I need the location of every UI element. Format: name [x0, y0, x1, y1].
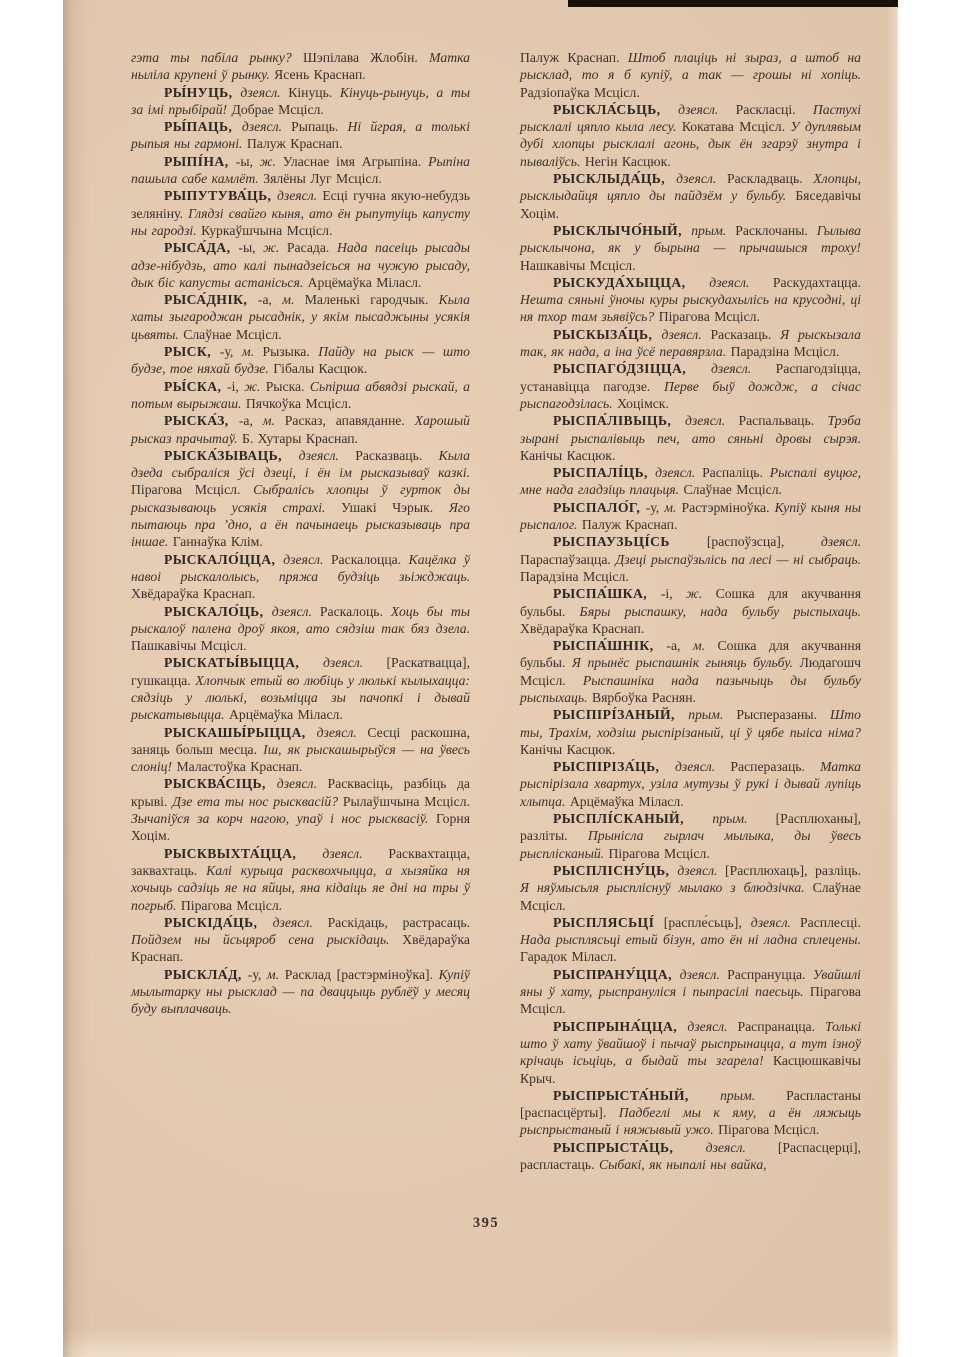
entry-headword: РЫСПРЫСТА́ЦЬ,: [553, 1140, 706, 1155]
entry-roman-text: Пірагова Мсцісл.: [718, 1122, 819, 1137]
entry-roman-text: Кокатава Мсцісл.: [682, 119, 791, 134]
entry-italic-text: Нада рысплясьці етый бізун, ато ён ні ла…: [520, 932, 861, 947]
entry-roman-text: Канічы Касцюк.: [520, 742, 615, 757]
entry-italic-text: дзеясл.: [317, 725, 368, 740]
entry-headword: РЫСПРАНУ́ЦЦА,: [553, 967, 680, 982]
dictionary-entry: РЫСКА́З, -а, м. Расказ, апавяданне. Харо…: [131, 412, 470, 447]
dictionary-entry: РЫСПАГО́ДЗІЦЦА, дзеясл. Распагодзіцца, у…: [520, 360, 861, 412]
entry-italic-text: дзеясл.: [685, 413, 739, 428]
entry-roman-text: -ы,: [238, 240, 263, 255]
continuation-paragraph: Палуж Краснап. Штоб плаціць ні зыраз, а …: [520, 49, 861, 101]
entry-roman-text: Слаўнае Мсцісл.: [684, 482, 782, 497]
entry-italic-text: Дзеці рыспаўзьлісь па лесі — ні сыбраць.: [616, 552, 861, 567]
dictionary-entry: РЫСКУДА́ХЫЦЦА, дзеясл. Раскудахтацца. Не…: [520, 274, 861, 326]
entry-headword: РЫ́СКА,: [164, 379, 227, 394]
entry-roman-text: Расперазаць.: [730, 759, 820, 774]
entry-roman-text: Распаліць.: [702, 465, 770, 480]
entry-roman-text: Расклочаны.: [735, 223, 817, 238]
entry-roman-text: -у,: [220, 344, 242, 359]
entry-roman-text: Ганнаўка Клім.: [173, 534, 263, 549]
dictionary-entry: РЫСА́ДА, -ы, ж. Расада. Нада пасеіць рыс…: [131, 239, 470, 291]
dictionary-entry: РЫСКЛА́СЬЦЬ, дзеясл. Раскласці. Пастухі …: [520, 101, 861, 170]
dictionary-entry: РЫСКАТЫ́ВЫЦЦА, дзеясл. [Раскатвацца], гу…: [131, 654, 470, 723]
entry-roman-text: Раскалоцца.: [331, 552, 409, 567]
entry-roman-text: Шэпілава Жлобін.: [303, 50, 429, 65]
entry-headword: РЫПУТУВА́ЦЬ,: [164, 188, 277, 203]
entry-headword: РЫСПРЫСТА́НЫЙ,: [553, 1088, 720, 1103]
column-right: Палуж Краснап. Штоб плаціць ні зыраз, а …: [520, 49, 861, 1173]
entry-italic-text: прым.: [691, 223, 735, 238]
entry-italic-text: м.: [664, 500, 681, 515]
entry-roman-text: Арцёмаўка Міласл.: [308, 275, 422, 290]
entry-headword: РЫСКЛЫЧО́НЫЙ,: [553, 223, 691, 238]
entry-roman-text: Распрануцца.: [727, 967, 813, 982]
entry-italic-text: дзеясл.: [709, 275, 773, 290]
entry-roman-text: Вярбоўка Раснян.: [592, 690, 696, 705]
dictionary-entry: РЫСКВЫХТА́ЦЦА, дзеясл. Расквахтацца, зак…: [131, 845, 470, 914]
dictionary-entry: РЫСПА́ШНІК, -а, м. Сошка для акучвання б…: [520, 637, 861, 706]
entry-headword: РЫСПА́ЛІВЫЦЬ,: [553, 413, 685, 428]
entry-headword: РЫСПАЛО́Г,: [553, 500, 646, 515]
entry-roman-text: Раскладваць.: [727, 171, 813, 186]
entry-headword: РЫСКАЛО́ЦЦА,: [164, 552, 283, 567]
entry-roman-text: Хоцімск.: [617, 396, 669, 411]
entry-headword: РЫСКЛЫДА́ЦЬ,: [553, 171, 676, 186]
entry-roman-text: Радзіопаўка Мсцісл.: [520, 85, 640, 100]
entry-italic-text: Я прынёс рыспашнік гыняць бульбу.: [572, 655, 800, 670]
dictionary-entry: РЫСПЛЯСЬЦІ́ [распле́сьць], дзеясл. Распл…: [520, 914, 861, 966]
entry-roman-text: Гібалы Касцюк.: [273, 361, 367, 376]
entry-roman-text: Хвёдараўка Краснап.: [131, 586, 255, 601]
entry-headword: РЫСПРЫНА́ЦЦА,: [553, 1019, 687, 1034]
entry-roman-text: [распоўзсца],: [707, 534, 821, 549]
entry-italic-text: ж.: [686, 586, 716, 601]
entry-roman-text: Негін Касцюк.: [585, 154, 671, 169]
entry-headword: РЫСПАГО́ДЗІЦЦА,: [553, 361, 711, 376]
entry-roman-text: -і,: [227, 379, 244, 394]
entry-roman-text: Канічы Касцюк.: [520, 448, 615, 463]
entry-roman-text: Расказваць.: [355, 448, 438, 463]
entry-italic-text: дзеясл.: [277, 776, 328, 791]
dictionary-entry: РЫСКАЛО́ЦЬ, дзеясл. Раскалоць. Хоць бы т…: [131, 603, 470, 655]
dictionary-entry: РЫ́СКА, -і, ж. Рыска. Сьпірша абвядзі ры…: [131, 378, 470, 413]
entry-headword: РЫСПЛІСНУ́ЦЬ,: [553, 863, 677, 878]
entry-headword: РЫСКЛА́СЬЦЬ,: [553, 102, 678, 117]
entry-roman-text: Кінуць.: [288, 85, 340, 100]
dictionary-entry: РЫСПІРІЗА́ЦЬ, дзеясл. Расперазаць. Матка…: [520, 758, 861, 810]
entry-roman-text: Рызыка.: [262, 344, 318, 359]
entry-italic-text: дзеясл.: [322, 846, 388, 861]
entry-italic-text: дзеясл.: [678, 102, 735, 117]
entry-headword: РЫСКАЛО́ЦЬ,: [164, 604, 272, 619]
entry-roman-text: Слаўнае Мсцісл.: [183, 327, 281, 342]
entry-headword: РЫСПІРІЗА́ЦЬ,: [553, 759, 675, 774]
entry-headword: РЫСКЛА́Д,: [164, 967, 248, 982]
entry-roman-text: Рыска.: [266, 379, 310, 394]
dictionary-entry: РЫСКЫЗА́ЦЬ, дзеясл. Расказаць. Я рыскыза…: [520, 326, 861, 361]
entry-roman-text: Хвёдараўка Краснап.: [520, 621, 644, 636]
entry-roman-text: Куркаўшчына Мсцісл.: [201, 223, 332, 238]
entry-roman-text: Расада.: [287, 240, 337, 255]
scan-edge-artifact: [568, 0, 898, 7]
entry-italic-text: дзеясл.: [751, 915, 800, 930]
column-left: гэта ты пабіла рынку? Шэпілава Жлобін. М…: [131, 49, 470, 1018]
dictionary-entry: РЫСКЛЫЧО́НЫЙ, прым. Расклочаны. Гылыва р…: [520, 222, 861, 274]
entry-italic-text: дзеясл.: [711, 361, 776, 376]
entry-roman-text: Растэрміноўка.: [682, 500, 775, 515]
entry-italic-text: м.: [267, 967, 285, 982]
entry-roman-text: Ясень Краснап.: [274, 67, 366, 82]
entry-italic-text: Пойдзем ны йсьцяроб сена рыскідаць.: [131, 932, 402, 947]
entry-roman-text: -і,: [661, 586, 686, 601]
dictionary-entry: РЫ́ПАЦЬ, дзеясл. Рыпаць. Ні йграя, а тол…: [131, 118, 470, 153]
entry-headword: РЫСА́ДНІК,: [164, 292, 258, 307]
entry-roman-text: Раскідаць, растрасаць.: [328, 915, 470, 930]
entry-roman-text: Гарадок Міласл.: [520, 949, 617, 964]
entry-roman-text: Арцёмаўка Міласл.: [229, 707, 343, 722]
dictionary-entry: РЫСПРАНУ́ЦЦА, дзеясл. Распрануцца. Увайш…: [520, 966, 861, 1018]
entry-headword: РЫСПА́ШКА,: [553, 586, 661, 601]
dictionary-entry: РЫСК, -у, м. Рызыка. Пайду на рыск — што…: [131, 343, 470, 378]
entry-headword: РЫПІ́НА,: [164, 154, 236, 169]
entry-headword: РЫСКА́З,: [164, 413, 239, 428]
continuation-paragraph: гэта ты пабіла рынку? Шэпілава Жлобін. М…: [131, 49, 470, 84]
entry-roman-text: -а,: [258, 292, 282, 307]
entry-italic-text: дзеясл.: [675, 759, 730, 774]
entry-roman-text: -ы,: [236, 154, 260, 169]
entry-roman-text: Пірагова Мсцісл.: [609, 846, 710, 861]
entry-headword: РЫСПА́ШНІК,: [553, 638, 666, 653]
entry-italic-text: дзеясл.: [687, 1019, 737, 1034]
entry-italic-text: Зычапіўся за корч нагою, упаў і нос рыск…: [131, 811, 436, 826]
entry-roman-text: Арцёмаўка Міласл.: [570, 794, 684, 809]
entry-headword: РЫСКІДА́ЦЬ,: [164, 915, 273, 930]
entry-italic-text: дзеясл.: [677, 863, 725, 878]
entry-headword: РЫСПАУЗЬЦІ́СЬ: [553, 534, 707, 549]
entry-headword: РЫСПАЛІ́ЦЬ,: [553, 465, 655, 480]
dictionary-entry: РЫСПАУЗЬЦІ́СЬ [распоўзсца], дзеясл. Пара…: [520, 533, 861, 585]
entry-italic-text: дзеясл.: [242, 119, 291, 134]
entry-roman-text: [распле́сьць],: [664, 915, 751, 930]
entry-roman-text: Парадзіна Мсцісл.: [520, 569, 629, 584]
entry-italic-text: дзеясл.: [323, 655, 387, 670]
entry-roman-text: Распальваць.: [738, 413, 827, 428]
entry-italic-text: дзеясл.: [277, 188, 322, 203]
entry-roman-text: Зялёны Луг Мсцісл.: [263, 171, 382, 186]
dictionary-entry: РЫСКАШЫ́РЫЦЦА, дзеясл. Сесці раскошна, з…: [131, 724, 470, 776]
entry-roman-text: Пірагова Мсцісл.: [131, 482, 253, 497]
dictionary-entry: РЫ́НУЦЬ, дзеясл. Кінуць. Кінуць-рынуць, …: [131, 84, 470, 119]
entry-italic-text: дзеясл.: [283, 552, 331, 567]
entry-italic-text: дзеясл.: [273, 915, 328, 930]
entry-italic-text: Бяры рыспашку, нада бульбу рыспыхаць.: [580, 604, 861, 619]
page-number: 395: [441, 1215, 531, 1232]
entry-headword: РЫСПЛІ́СКАНЫЙ,: [553, 811, 712, 826]
dictionary-entry: РЫСПІРІ́ЗАНЫЙ, прым. Рысперазаны. Што ты…: [520, 706, 861, 758]
entry-italic-text: Я няўмысьля рыспліснуў мылако з блюдзічк…: [520, 880, 813, 895]
dictionary-entry: РЫСКЛЫДА́ЦЬ, дзеясл. Раскладваць. Хлопцы…: [520, 170, 861, 222]
entry-roman-text: Рыпаць.: [291, 119, 347, 134]
entry-roman-text: Пірагова Мсцісл.: [659, 309, 760, 324]
entry-headword: РЫ́ПАЦЬ,: [164, 119, 242, 134]
entry-roman-text: Расказ, апавяданне.: [285, 413, 415, 428]
entry-roman-text: Ушакі Чэрык.: [341, 500, 449, 515]
dictionary-entry: РЫСПЛІ́СКАНЫЙ, прым. [Расплюханы], разлі…: [520, 810, 861, 862]
entry-roman-text: [Расплюхаць], разліць.: [725, 863, 861, 878]
entry-headword: РЫСКАТЫ́ВЫЦЦА,: [164, 655, 323, 670]
entry-roman-text: Нашкавічы Мсцісл.: [520, 258, 636, 273]
entry-italic-text: дзеясл.: [299, 448, 356, 463]
dictionary-entry: РЫПУТУВА́ЦЬ, дзеясл. Есці гучна якую-неб…: [131, 187, 470, 239]
entry-roman-text: Раскалоць.: [320, 604, 391, 619]
entry-headword: РЫ́НУЦЬ,: [164, 85, 240, 100]
entry-roman-text: Расплесці.: [800, 915, 861, 930]
entry-italic-text: дзеясл.: [662, 327, 711, 342]
entry-roman-text: Добрае Мсцісл.: [232, 102, 324, 117]
scanned-page: гэта ты пабіла рынку? Шэпілава Жлобін. М…: [63, 0, 898, 1357]
dictionary-entry: РЫСПА́ЛІВЫЦЬ, дзеясл. Распальваць. Трэба…: [520, 412, 861, 464]
entry-roman-text: Расклад [растэрміноўка].: [285, 967, 439, 982]
dictionary-entry: РЫСПАЛІ́ЦЬ, дзеясл. Распаліць. Рыспалі в…: [520, 464, 861, 499]
entry-italic-text: м.: [263, 413, 285, 428]
entry-roman-text: Палуж Краснап.: [247, 136, 343, 151]
entry-headword: РЫСК,: [164, 344, 220, 359]
entry-roman-text: Раскласці.: [736, 102, 813, 117]
entry-italic-text: прым.: [688, 707, 736, 722]
entry-italic-text: прым.: [720, 1088, 786, 1103]
entry-roman-text: Раскудахтацца.: [773, 275, 861, 290]
entry-italic-text: прым.: [712, 811, 775, 826]
entry-headword: РЫСКУДА́ХЫЦЦА,: [553, 275, 709, 290]
entry-italic-text: ж.: [244, 379, 266, 394]
entry-italic-text: дзеясл.: [706, 1140, 778, 1155]
entry-headword: РЫСПІРІ́ЗАНЫЙ,: [553, 707, 688, 722]
entry-headword: РЫСКАШЫ́РЫЦЦА,: [164, 725, 317, 740]
entry-headword: РЫСКЫЗА́ЦЬ,: [553, 327, 662, 342]
dictionary-entry: РЫСА́ДНІК, -а, м. Маленькі гародчык. Кыл…: [131, 291, 470, 343]
entry-italic-text: м.: [693, 638, 718, 653]
entry-roman-text: Распранацца.: [737, 1019, 824, 1034]
entry-roman-text: Пашкавічы Мсцісл.: [131, 638, 247, 653]
dictionary-entry: РЫСПАЛО́Г, -у, м. Растэрміноўка. Купіў к…: [520, 499, 861, 534]
dictionary-entry: РЫСПЛІСНУ́ЦЬ, дзеясл. [Расплюхаць], разл…: [520, 862, 861, 914]
entry-roman-text: Маластоўка Краснап.: [176, 759, 302, 774]
entry-roman-text: Б. Хутары Краснап.: [242, 431, 358, 446]
entry-italic-text: дзеясл.: [655, 465, 702, 480]
entry-italic-text: дзеясл.: [272, 604, 320, 619]
entry-roman-text: -у,: [248, 967, 267, 982]
entry-roman-text: Маленькі гародчык.: [305, 292, 439, 307]
entry-roman-text: Пірагова Мсцісл.: [181, 898, 282, 913]
entry-italic-text: Сыбакі, як ныпалі ны вайка,: [599, 1157, 767, 1172]
entry-roman-text: Параспаўзацца.: [520, 552, 616, 567]
entry-headword: РЫСКВЫХТА́ЦЦА,: [164, 846, 322, 861]
dictionary-entry: РЫПІ́НА, -ы, ж. Уласнае імя Агрыпіна. Ры…: [131, 153, 470, 188]
entry-headword: РЫСА́ДА,: [164, 240, 238, 255]
entry-italic-text: гэта ты пабіла рынку?: [131, 50, 303, 65]
entry-roman-text: -а,: [666, 638, 692, 653]
dictionary-entry: РЫСКВА́СІЦЬ, дзеясл. Расквасіць, разбіць…: [131, 775, 470, 844]
entry-roman-text: Уласнае імя Агрыпіна.: [283, 154, 428, 169]
entry-headword: РЫСПЛЯСЬЦІ́: [553, 915, 664, 930]
entry-roman-text: Палуж Краснап.: [582, 517, 678, 532]
dictionary-entry: РЫСКА́ЗЫВАЦЬ, дзеясл. Расказваць. Кыла д…: [131, 447, 470, 551]
dictionary-entry: РЫСПРЫСТА́НЫЙ, прым. Распластаны [распас…: [520, 1087, 861, 1139]
entry-italic-text: Дзе ета ты нос рысквасій?: [172, 794, 343, 809]
entry-roman-text: Рысперазаны.: [736, 707, 830, 722]
dictionary-entry: РЫСКАЛО́ЦЦА, дзеясл. Раскалоцца. Кацёлка…: [131, 551, 470, 603]
entry-italic-text: м.: [282, 292, 304, 307]
dictionary-entry: РЫСКЛА́Д, -у, м. Расклад [растэрміноўка]…: [131, 966, 470, 1018]
entry-headword: РЫСКА́ЗЫВАЦЬ,: [164, 448, 299, 463]
dictionary-entry: РЫСПА́ШКА, -і, ж. Сошка для акучвання бу…: [520, 585, 861, 637]
entry-roman-text: -а,: [239, 413, 263, 428]
entry-italic-text: дзеясл.: [676, 171, 727, 186]
dictionary-entry: РЫСПРЫНА́ЦЦА, дзеясл. Распранацца. Тольк…: [520, 1018, 861, 1087]
entry-roman-text: Парадзіна Мсцісл.: [731, 344, 840, 359]
entry-italic-text: м.: [242, 344, 263, 359]
entry-italic-text: ж.: [263, 240, 287, 255]
entry-italic-text: дзеясл.: [240, 85, 288, 100]
entry-roman-text: -у,: [646, 500, 665, 515]
entry-italic-text: дзеясл.: [680, 967, 728, 982]
entry-roman-text: Палуж Краснап.: [520, 50, 628, 65]
entry-roman-text: Рылаўшчына Мсцісл.: [343, 794, 470, 809]
entry-italic-text: ж.: [260, 154, 283, 169]
entry-roman-text: Расказаць.: [711, 327, 781, 342]
dictionary-entry: РЫСПРЫСТА́ЦЬ, дзеясл. [Распасцерці], рас…: [520, 1139, 861, 1174]
entry-italic-text: дзеясл.: [821, 534, 861, 549]
dictionary-entry: РЫСКІДА́ЦЬ, дзеясл. Раскідаць, растрасац…: [131, 914, 470, 966]
entry-roman-text: Пячкоўка Мсцісл.: [246, 396, 351, 411]
entry-headword: РЫСКВА́СІЦЬ,: [164, 776, 277, 791]
